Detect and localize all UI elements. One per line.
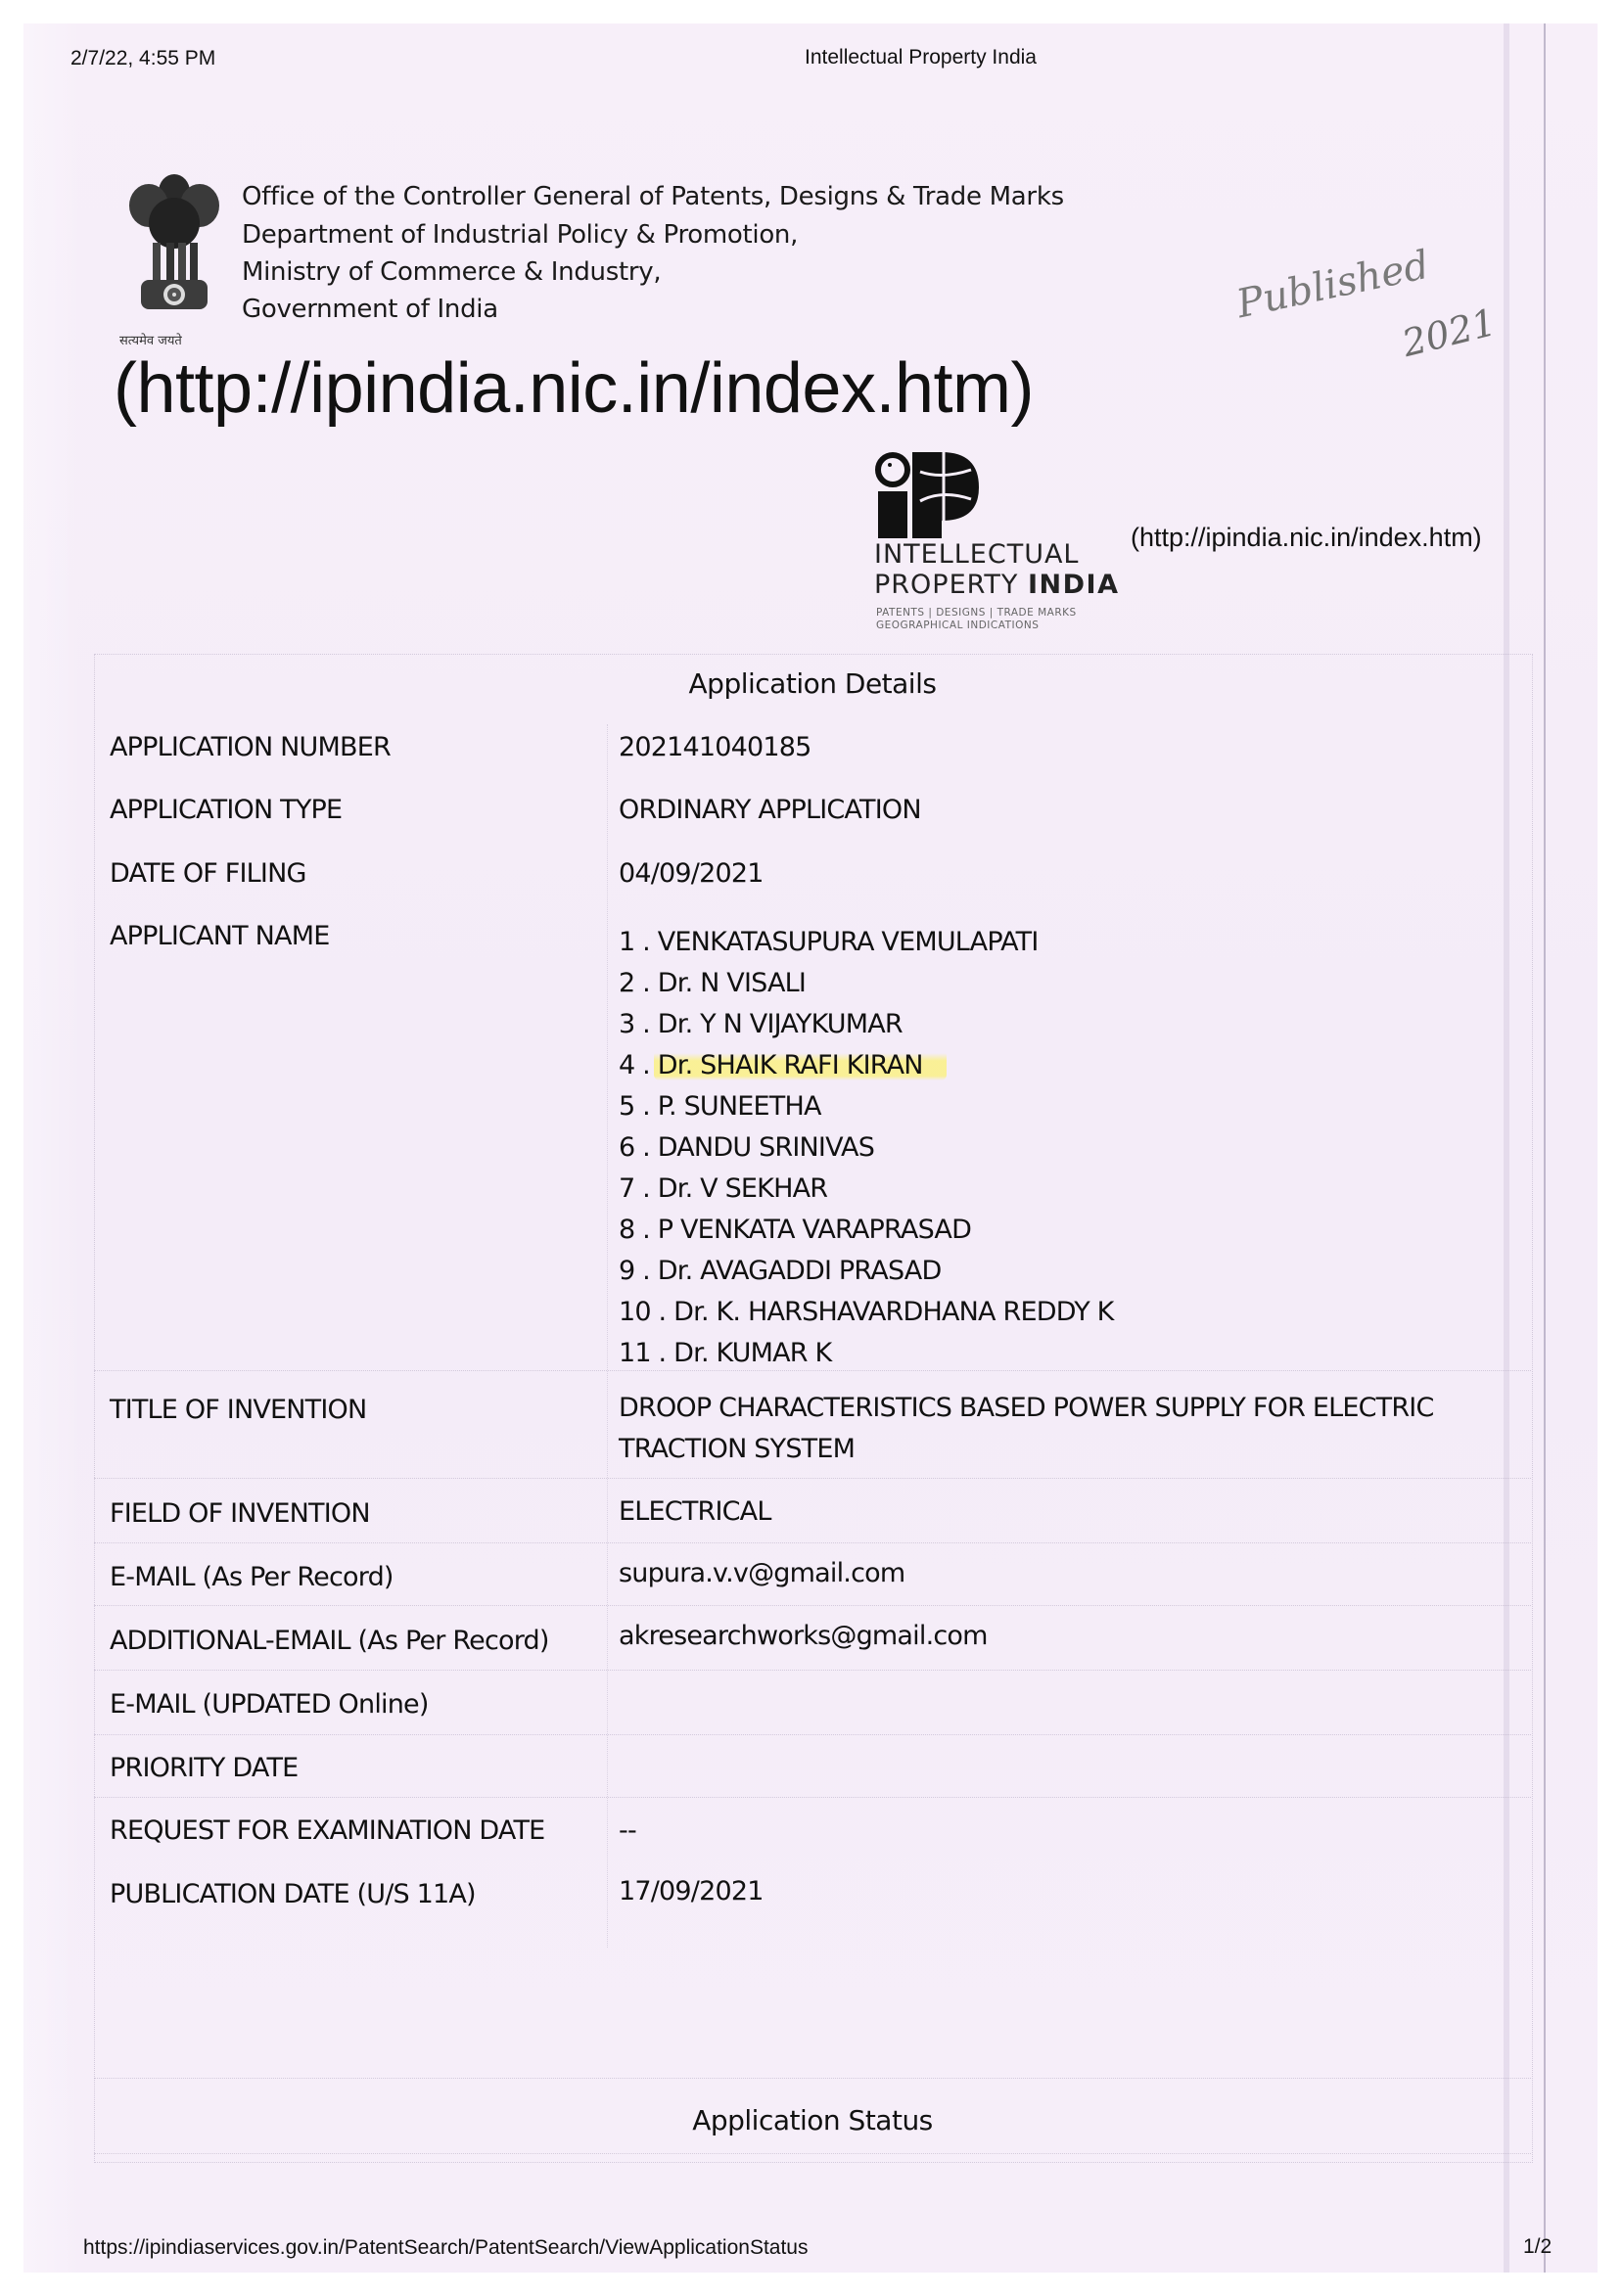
ip-logo-line2: PROPERTY INDIA	[874, 570, 1120, 600]
application-status-heading: Application Status	[519, 2104, 1106, 2136]
value-application-type: ORDINARY APPLICATION	[619, 795, 921, 825]
applicant-number: 8	[619, 1215, 634, 1245]
ip-logo-sub1: PATENTS | DESIGNS | TRADE MARKS	[876, 606, 1077, 620]
applicant-name: Dr. Y N VIJAYKUMAR	[658, 1009, 903, 1039]
applicant-separator: .	[634, 1009, 657, 1039]
applicant-name: Dr. N VISALI	[658, 968, 806, 998]
applicant-number: 1	[619, 927, 634, 957]
row-divider	[94, 2078, 1531, 2079]
applicant-separator: .	[634, 927, 657, 957]
applicant-separator: .	[634, 1091, 657, 1122]
label-field-of-invention: FIELD OF INVENTION	[110, 1498, 370, 1529]
applicant-separator: .	[634, 1132, 657, 1163]
label-email-updated: E-MAIL (UPDATED Online)	[110, 1689, 429, 1720]
applicant-name: Dr. SHAIK RAFI KIRAN	[654, 1050, 947, 1080]
applicant-name: P. SUNEETHA	[658, 1091, 821, 1122]
applicant-item: 2 . Dr. N VISALI	[619, 963, 1114, 1004]
ip-logo-property: PROPERTY	[874, 570, 1028, 600]
applicant-name: DANDU SRINIVAS	[658, 1132, 874, 1163]
national-emblem-icon	[119, 164, 229, 331]
ip-logo-sub2: GEOGRAPHICAL INDICATIONS	[876, 619, 1039, 632]
row-divider	[94, 1478, 1531, 1479]
applicant-item: 10 . Dr. K. HARSHAVARDHANA REDDY K	[619, 1292, 1114, 1333]
print-page-title: Intellectual Property India	[805, 46, 1037, 69]
office-line-1: Office of the Controller General of Pate…	[242, 182, 1064, 211]
office-line-3: Ministry of Commerce & Industry,	[242, 257, 661, 287]
applicant-separator: .	[634, 968, 657, 998]
value-application-number: 202141040185	[619, 732, 811, 762]
applicant-item: 8 . P VENKATA VARAPRASAD	[619, 1210, 1114, 1251]
value-title-of-invention: DROOP CHARACTERISTICS BASED POWER SUPPLY…	[619, 1388, 1500, 1470]
label-publication-date: PUBLICATION DATE (U/S 11A)	[110, 1879, 476, 1909]
row-divider	[94, 1734, 1531, 1735]
applicant-number: 6	[619, 1132, 634, 1163]
label-request-examination-date: REQUEST FOR EXAMINATION DATE	[110, 1815, 544, 1846]
office-line-4: Government of India	[242, 295, 498, 324]
row-divider	[94, 1605, 1531, 1606]
value-additional-email: akresearchworks@gmail.com	[619, 1621, 988, 1651]
ip-logo-india: INDIA	[1028, 570, 1120, 600]
ip-logo-line1: INTELLECTUAL	[874, 539, 1079, 570]
scan-artifact-line	[1544, 23, 1546, 2273]
label-application-number: APPLICATION NUMBER	[110, 732, 391, 762]
applicant-name: Dr. K. HARSHAVARDHANA REDDY K	[673, 1297, 1113, 1327]
value-field-of-invention: ELECTRICAL	[619, 1496, 771, 1527]
label-email: E-MAIL (As Per Record)	[110, 1562, 394, 1592]
label-application-type: APPLICATION TYPE	[110, 795, 342, 825]
ip-logo-link[interactable]: (http://ipindia.nic.in/index.htm)	[1131, 523, 1482, 553]
applicant-item: 5 . P. SUNEETHA	[619, 1086, 1114, 1127]
ip-india-logo-icon[interactable]	[873, 450, 981, 538]
value-request-examination-date: --	[619, 1815, 636, 1846]
applicant-number: 4	[619, 1050, 634, 1080]
column-divider	[607, 724, 608, 1948]
applicant-item: 6 . DANDU SRINIVAS	[619, 1127, 1114, 1169]
applicant-separator: .	[634, 1173, 657, 1204]
print-timestamp: 2/7/22, 4:55 PM	[70, 47, 215, 70]
applicant-number: 5	[619, 1091, 634, 1122]
label-title-of-invention: TITLE OF INVENTION	[110, 1395, 366, 1425]
applicant-separator: .	[634, 1215, 657, 1245]
applicant-number: 2	[619, 968, 634, 998]
applicant-number: 3	[619, 1009, 634, 1039]
row-divider	[94, 1670, 1531, 1671]
applicant-item: 1 . VENKATASUPURA VEMULAPATI	[619, 922, 1114, 963]
row-divider	[94, 2153, 1531, 2154]
office-line-2: Department of Industrial Policy & Promot…	[242, 220, 798, 250]
applicant-list: 1 . VENKATASUPURA VEMULAPATI2 . Dr. N VI…	[619, 922, 1114, 1374]
value-date-of-filing: 04/09/2021	[619, 858, 764, 889]
applicant-name: Dr. AVAGADDI PRASAD	[658, 1256, 942, 1286]
applicant-name: Dr. KUMAR K	[673, 1338, 831, 1368]
applicant-item: 7 . Dr. V SEKHAR	[619, 1169, 1114, 1210]
value-email: supura.v.v@gmail.com	[619, 1558, 904, 1588]
applicant-number: 11	[619, 1338, 651, 1368]
applicant-separator: .	[634, 1256, 657, 1286]
applicant-separator: .	[651, 1297, 673, 1327]
applicant-item: 3 . Dr. Y N VIJAYKUMAR	[619, 1004, 1114, 1045]
label-date-of-filing: DATE OF FILING	[110, 858, 306, 889]
applicant-name: P VENKATA VARAPRASAD	[658, 1215, 971, 1245]
row-divider	[94, 1797, 1531, 1798]
applicant-number: 10	[619, 1297, 651, 1327]
applicant-number: 7	[619, 1173, 634, 1204]
label-additional-email: ADDITIONAL-EMAIL (As Per Record)	[110, 1626, 549, 1656]
label-applicant-name: APPLICANT NAME	[110, 921, 329, 951]
applicant-item: 4 . Dr. SHAIK RAFI KIRAN	[619, 1045, 1114, 1086]
emblem-motto: सत्यमेव जयते	[119, 331, 182, 348]
applicant-separator: .	[651, 1338, 673, 1368]
applicant-name: VENKATASUPURA VEMULAPATI	[658, 927, 1039, 957]
applicant-name: Dr. V SEKHAR	[658, 1173, 827, 1204]
application-details-heading: Application Details	[519, 667, 1106, 700]
applicant-item: 9 . Dr. AVAGADDI PRASAD	[619, 1251, 1114, 1292]
row-divider	[94, 1542, 1531, 1543]
value-publication-date: 17/09/2021	[619, 1876, 764, 1906]
applicant-item: 11 . Dr. KUMAR K	[619, 1333, 1114, 1374]
print-page-number: 1/2	[1523, 2235, 1552, 2259]
home-link[interactable]: (http://ipindia.nic.in/index.htm)	[114, 348, 1034, 429]
applicant-number: 9	[619, 1256, 634, 1286]
label-priority-date: PRIORITY DATE	[110, 1753, 298, 1783]
print-footer-url: https://ipindiaservices.gov.in/PatentSea…	[83, 2236, 809, 2260]
